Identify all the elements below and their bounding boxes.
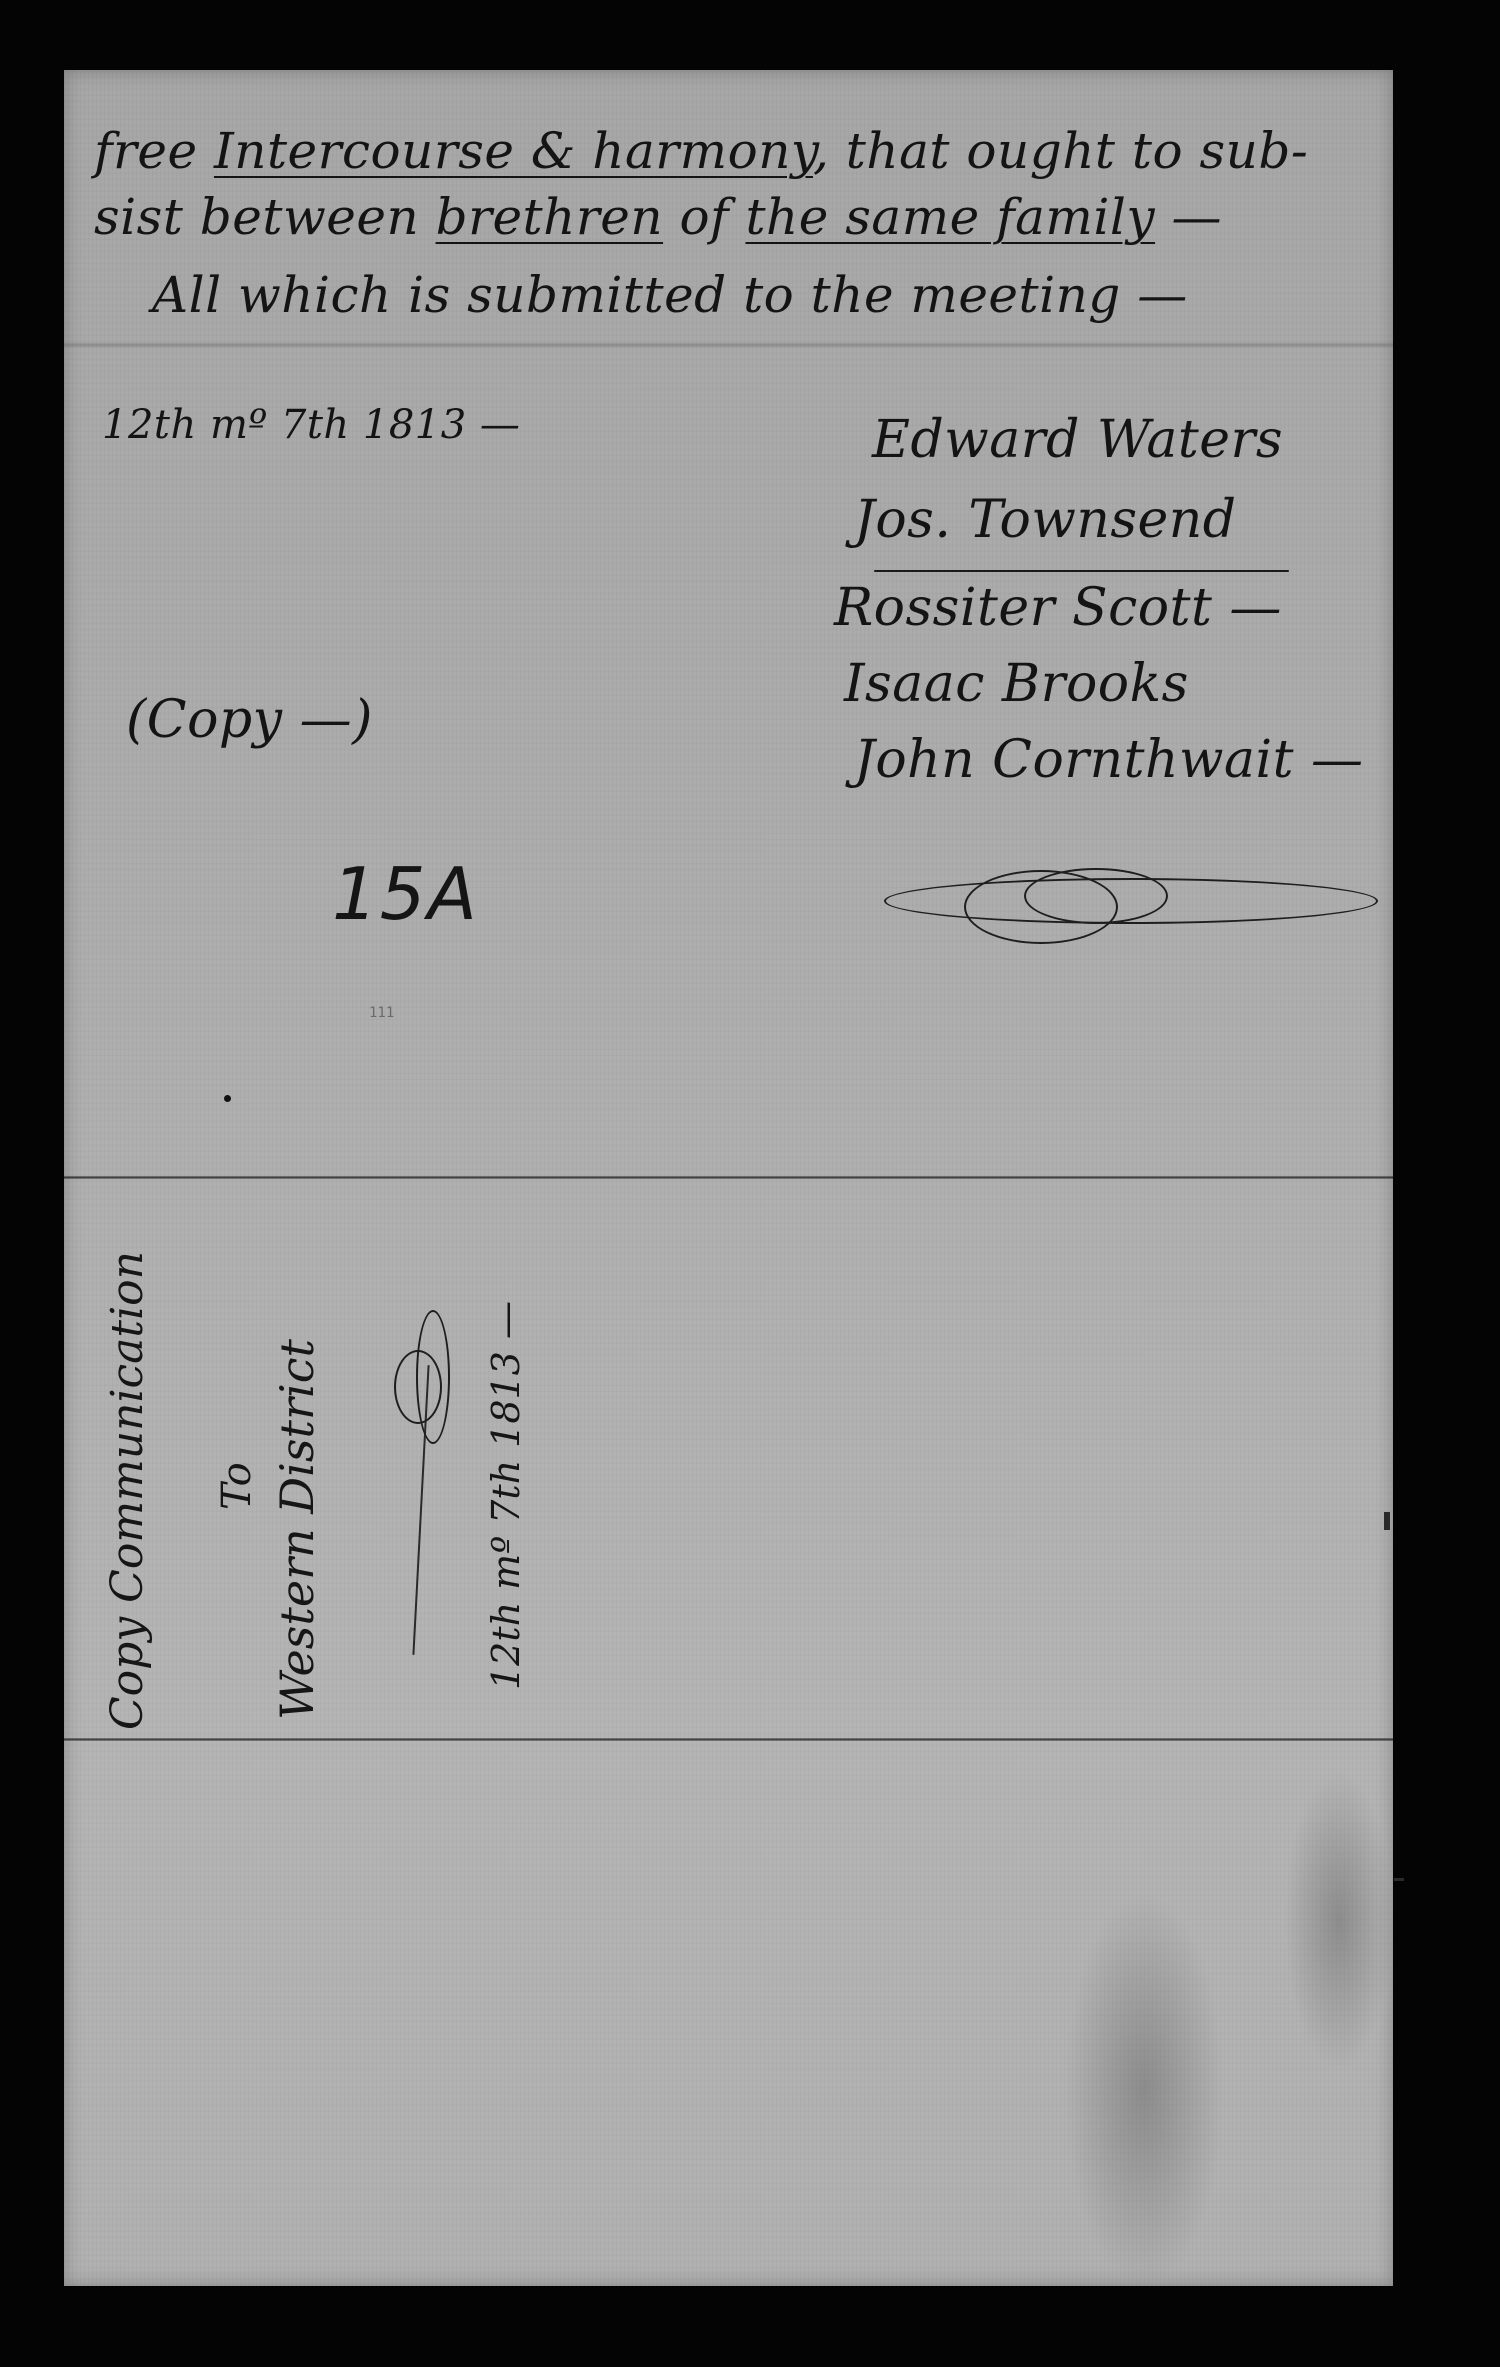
endorsement-line-3: Western District: [270, 1339, 324, 1720]
endorsement-line-2: To: [214, 1462, 260, 1510]
body-line-3: All which is submitted to the meeting —: [152, 266, 1188, 324]
edge-stain: [1284, 1770, 1394, 2070]
manuscript-page: free Intercourse & harmony, that ought t…: [64, 70, 1393, 2286]
body-line-1: free Intercourse & harmony, that ought t…: [94, 122, 1308, 180]
endorsement-line-1: Copy Communication: [102, 1251, 153, 1730]
body-text: All which is submitted to the meeting —: [152, 266, 1188, 324]
signature-2-underline: [874, 570, 1289, 572]
signature-4: Isaac Brooks: [844, 654, 1189, 714]
endorsement-flourish-loop-2: [416, 1310, 450, 1444]
signature-5: John Cornthwait —: [854, 730, 1364, 790]
edge-tear-mark: [1384, 1512, 1390, 1530]
endorsement-date: 12th mº 7th 1813 —: [484, 1301, 528, 1690]
water-stain: [1064, 1890, 1224, 2290]
fold-crease-upper: [64, 342, 1393, 348]
copy-label: (Copy —): [126, 690, 373, 750]
fold-line-1: [64, 1176, 1393, 1179]
faint-mark: 111: [369, 1005, 394, 1021]
body-text-underlined: Intercourse & harmony: [214, 122, 813, 180]
signature-1: Edward Waters: [872, 410, 1283, 470]
body-text: sist between: [94, 188, 436, 246]
signature-3: Rossiter Scott —: [834, 578, 1282, 638]
body-text-underlined: the same family: [745, 188, 1155, 246]
body-text: —: [1155, 188, 1222, 246]
body-text: , that ought to sub-: [813, 122, 1308, 180]
body-text: of: [663, 188, 745, 246]
edge-mark: [1394, 1878, 1404, 1881]
fold-line-2: [64, 1738, 1393, 1741]
date-line: 12th mº 7th 1813 —: [102, 402, 520, 448]
body-text-underlined: brethren: [436, 188, 664, 246]
scan-viewer: free Intercourse & harmony, that ought t…: [0, 0, 1500, 2367]
archive-label: 15A: [332, 852, 479, 936]
signature-flourish-loop-2: [1024, 868, 1168, 924]
ink-dot: [224, 1095, 231, 1102]
body-line-2: sist between brethren of the same family…: [94, 188, 1222, 246]
signature-2: Jos. Townsend: [854, 490, 1237, 550]
body-text: free: [94, 122, 214, 180]
